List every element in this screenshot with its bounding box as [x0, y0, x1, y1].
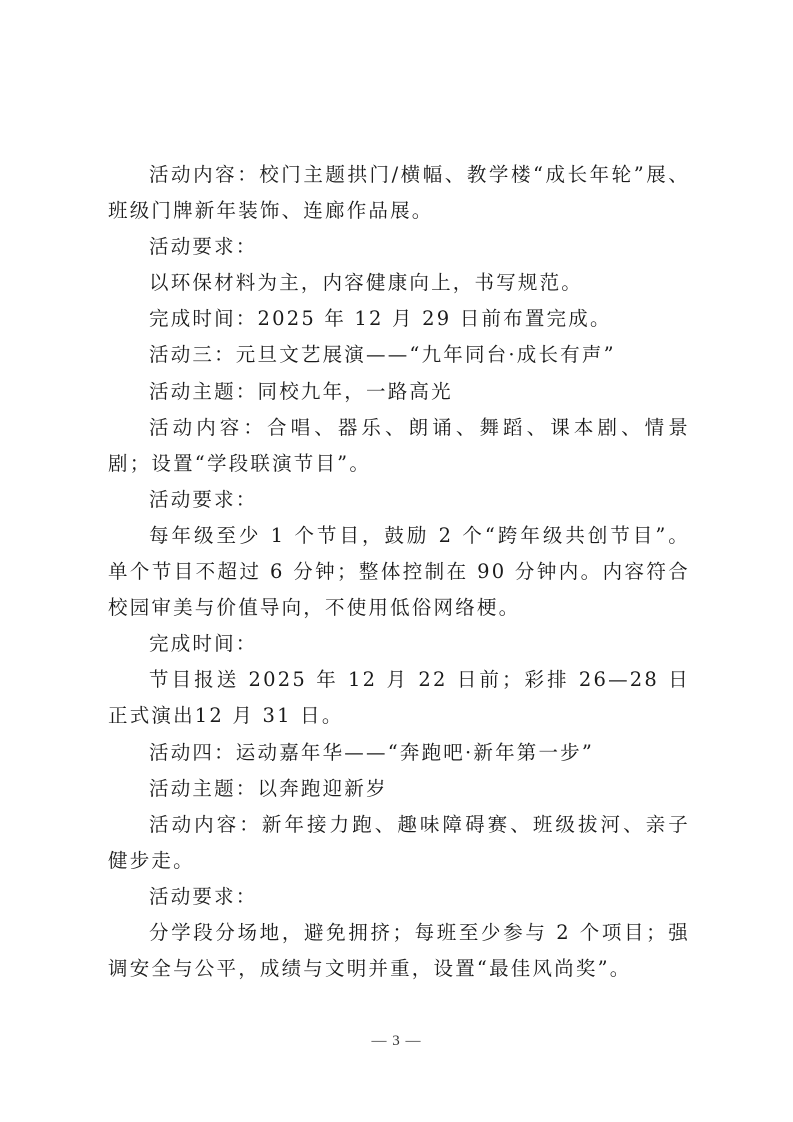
paragraph-decoration-content: 活动内容：校门主题拱门/横幅、教学楼“成长年轮”展、班级门牌新年装饰、连廊作品展…	[108, 157, 690, 229]
paragraph-activity-three-schedule: 节目报送 2025 年 12 月 22 日前；彩排 26—28 日正式演出12 …	[108, 662, 690, 734]
document-body: 活动内容：校门主题拱门/横幅、教学楼“成长年轮”展、班级门牌新年装饰、连廊作品展…	[108, 157, 690, 987]
paragraph-requirements-heading: 活动要求：	[108, 482, 690, 518]
paragraph-activity-four-requirements: 分学段分场地，避免拥挤；每班至少参与 2 个项目；强调安全与公平，成绩与文明并重…	[108, 915, 690, 987]
paragraph-activity-four-content: 活动内容：新年接力跑、趣味障碍赛、班级拔河、亲子健步走。	[108, 807, 690, 879]
paragraph-activity-three-theme: 活动主题：同校九年，一路高光	[108, 374, 690, 410]
paragraph-deadline-heading: 完成时间：	[108, 626, 690, 662]
paragraph-decoration-requirements: 以环保材料为主，内容健康向上，书写规范。	[108, 265, 690, 301]
paragraph-requirements-heading: 活动要求：	[108, 229, 690, 265]
paragraph-requirements-heading: 活动要求：	[108, 879, 690, 915]
paragraph-decoration-deadline: 完成时间：2025 年 12 月 29 日前布置完成。	[108, 301, 690, 337]
paragraph-activity-three-requirements: 每年级至少 1 个节目，鼓励 2 个“跨年级共创节目”。单个节目不超过 6 分钟…	[108, 518, 690, 626]
paragraph-activity-four-title: 活动四：运动嘉年华——“奔跑吧·新年第一步”	[108, 735, 690, 771]
paragraph-activity-three-content: 活动内容：合唱、器乐、朗诵、舞蹈、课本剧、情景剧；设置“学段联演节目”。	[108, 410, 690, 482]
page-number: — 3 —	[0, 1033, 793, 1050]
paragraph-activity-four-theme: 活动主题：以奔跑迎新岁	[108, 771, 690, 807]
paragraph-activity-three-title: 活动三：元旦文艺展演——“九年同台·成长有声”	[108, 337, 690, 373]
